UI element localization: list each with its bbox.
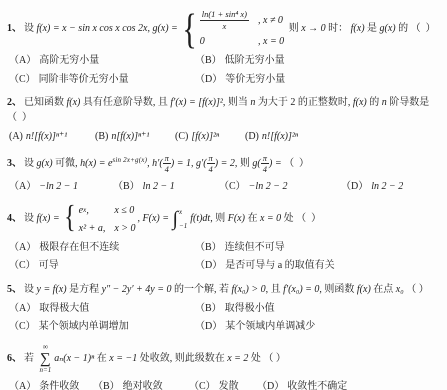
text-run: 处收敛, 则此级数在 [137, 353, 227, 364]
option-text: n![f(x)]ⁿ⁺¹ [26, 131, 67, 142]
piecewise: {ex,x ≤ 0x² + a,x > 0 [64, 203, 135, 236]
question-3: 3、设 g(x) 可微, h(x) = esin 2x+g(x), h′(π4)… [7, 153, 441, 195]
option-a: （A）取得极大值 [9, 302, 195, 317]
option-label: （C） [9, 74, 36, 85]
math-run: x → 0 [301, 23, 325, 34]
option-d: (D)n![f(x)]²ⁿ [245, 130, 441, 145]
math-run: aₙ(x − 1)ⁿ [54, 353, 94, 364]
text-run: 的 [367, 97, 382, 108]
piecewise-brace-icon: { [182, 10, 196, 48]
option-label: （D） [195, 74, 222, 85]
math-run: 0 [200, 34, 205, 49]
option-text: 高阶无穷小量 [39, 55, 99, 66]
math-run: g(x) [380, 23, 396, 34]
option-text: 低阶无穷小量 [225, 55, 285, 66]
text-run: 在点 [371, 284, 396, 295]
question-2-stem: 2、已知函数 f(x) 具有任意阶导数, 且 f′(x) = [f(x)]², … [7, 95, 441, 125]
option-c: （C）发散 [189, 380, 257, 390]
fraction-denominator: 4 [207, 164, 215, 175]
option-b: （B）ln 2 − 1 [113, 180, 219, 195]
option-d: （D）是否可导与 a 的取值有关 [195, 259, 441, 274]
question-stem-text: 设 f(x) = x − sin x cos x cos 2x, g(x) = … [24, 23, 436, 34]
piecewise-row-content: 0 [200, 34, 249, 49]
option-text: 发散 [219, 381, 239, 390]
option-text: 同阶非等价无穷小量 [39, 74, 129, 85]
text-run: 可微, [53, 158, 81, 169]
question-5: 5、设 y = f(x) 是方程 y″ − 2y′ + 4y = 0 的一个解,… [7, 282, 441, 335]
math-run: y = f(x) [37, 284, 67, 295]
text-run: 设 [24, 213, 37, 224]
option-b: (B)n[f(x)]ⁿ⁺¹ [95, 130, 175, 145]
math-run: f′(x) = [f(x)]² [170, 97, 222, 108]
option-label: (A) [9, 131, 23, 142]
math-run: ) = 1, g′( [171, 158, 207, 169]
text-run: 处 （ ） [281, 213, 321, 224]
text-run: 阶导数是 [387, 97, 430, 108]
option-label: （C） [9, 260, 36, 271]
option-text: 绝对收敛 [123, 381, 163, 390]
option-c: （C）可导 [9, 259, 195, 274]
math-run: x = 2 [227, 353, 248, 364]
option-label: （B） [93, 381, 120, 390]
math-run: x₀ [396, 284, 404, 295]
question-5-stem: 5、设 y = f(x) 是方程 y″ − 2y′ + 4y = 0 的一个解,… [7, 282, 441, 297]
option-text: 条件收敛 [39, 381, 79, 390]
question-3-stem: 3、设 g(x) 可微, h(x) = esin 2x+g(x), h′(π4)… [7, 153, 441, 175]
option-label: (B) [95, 131, 108, 142]
math-run: x² + a, [79, 221, 106, 236]
option-text: −ln 2 − 2 [249, 181, 288, 192]
question-number: 2、 [7, 97, 22, 108]
option-label: （B） [195, 242, 222, 253]
option-c: （C）某个领域内单调增加 [9, 320, 195, 335]
text-run: , 则 [210, 213, 228, 224]
fraction-numerator: ln(1 + sin⁴ x) [200, 9, 249, 21]
option-label: （A） [9, 303, 36, 314]
option-b: （B）低阶无穷小量 [195, 54, 441, 69]
option-a: （A）条件收敛 [9, 380, 93, 390]
option-label: （B） [195, 55, 222, 66]
math-run: , h′( [147, 158, 163, 169]
piecewise-rows: ex,x ≤ 0x² + a,x > 0 [79, 203, 136, 236]
text-run: 若 [24, 353, 37, 364]
question-stem-text: 已知函数 f(x) 具有任意阶导数, 且 f′(x) = [f(x)]², 则当… [7, 97, 429, 123]
math-run: f(x) [67, 97, 81, 108]
option-c: （C）同阶非等价无穷小量 [9, 73, 195, 88]
math-run: f(x) [353, 97, 367, 108]
fraction-denominator: 4 [163, 164, 171, 175]
option-b: （B）连续但不可导 [195, 241, 441, 256]
option-label: (C) [175, 131, 188, 142]
text-run: 则 [286, 23, 301, 34]
text-run: , 则 [235, 158, 253, 169]
option-text: 极限存在但不连续 [39, 242, 119, 253]
option-label: （D） [257, 381, 284, 390]
piecewise: {ln(1 + sin⁴ x)x, x ≠ 00, x = 0 [182, 9, 284, 49]
exam-page: 1、设 f(x) = x − sin x cos x cos 2x, g(x) … [0, 0, 447, 390]
question-stem-text: 设 g(x) 可微, h(x) = esin 2x+g(x), h′(π4) =… [24, 158, 309, 169]
option-text: n![f(x)]²ⁿ [262, 131, 298, 142]
option-label: （B） [195, 303, 222, 314]
math-run: f′(x₀) = 0 [283, 284, 319, 295]
option-label: （A） [9, 381, 36, 390]
text-run: 设 [24, 158, 37, 169]
fraction: π4 [207, 153, 215, 175]
question-2: 2、已知函数 f(x) 具有任意阶导数, 且 f′(x) = [f(x)]², … [7, 95, 441, 145]
math-run: , [86, 203, 89, 218]
option-label: （C） [219, 181, 246, 192]
option-text: ln 2 − 1 [143, 181, 175, 192]
text-run: 是 [365, 23, 380, 34]
math-run: f(x) = [37, 213, 63, 224]
option-text: 某个领域内单调减少 [225, 321, 315, 332]
summation-sign-icon: ∑ [40, 351, 51, 368]
math-run: ) = 2 [215, 158, 235, 169]
math-run: x = 0 [260, 213, 281, 224]
piecewise-row-condition: , x = 0 [258, 34, 284, 49]
math-run: , F(x) = [138, 213, 172, 224]
question-2-options: (A)n![f(x)]ⁿ⁺¹(B)n[f(x)]ⁿ⁺¹(C)[f(x)]²ⁿ(D… [7, 130, 441, 145]
option-text: 是否可导与 a 的取值有关 [225, 260, 334, 271]
text-run: 具有任意阶导数, 且 [80, 97, 170, 108]
option-a: （A）高阶无穷小量 [9, 54, 195, 69]
option-text: n[f(x)]ⁿ⁺¹ [111, 131, 149, 142]
option-b: （B）绝对收敛 [93, 380, 189, 390]
math-run: f(x₀) > 0 [232, 284, 266, 295]
question-4-stem: 4、设 f(x) = {ex,x ≤ 0x² + a,x > 0, F(x) =… [7, 203, 441, 236]
option-text: 某个领域内单调增加 [39, 321, 129, 332]
option-label: （A） [9, 181, 36, 192]
text-run: 设 [24, 284, 37, 295]
option-c: （C）−ln 2 − 2 [219, 180, 341, 195]
option-d: （D）收敛性不确定 [257, 380, 441, 390]
piecewise-row-content: ex, [79, 203, 106, 218]
text-run: 的 （ ） [396, 23, 436, 34]
piecewise-row-content: ln(1 + sin⁴ x)x [200, 9, 249, 31]
text-run: 时： [326, 23, 351, 34]
option-label: （D） [341, 181, 368, 192]
option-text: [f(x)]²ⁿ [191, 131, 219, 142]
math-run: f(t)dt [190, 213, 210, 224]
option-label: （B） [113, 181, 140, 192]
option-a: (A)n![f(x)]ⁿ⁺¹ [9, 130, 95, 145]
question-stem-text: 设 f(x) = {ex,x ≤ 0x² + a,x > 0, F(x) = ∫… [24, 213, 321, 224]
option-label: （D） [195, 321, 222, 332]
question-number: 5、 [7, 284, 22, 295]
question-3-options: （A）−ln 2 − 1（B）ln 2 − 1（C）−ln 2 − 2（D）ln… [7, 180, 441, 195]
text-run: 在 [245, 213, 260, 224]
fraction-numerator: π [207, 153, 215, 165]
fraction-denominator: x [220, 21, 228, 32]
question-number: 3、 [7, 158, 22, 169]
text-run: （ ） [404, 284, 429, 295]
question-4-options: （A）极限存在但不连续（B）连续但不可导（C）可导（D）是否可导与 a 的取值有… [7, 241, 441, 274]
option-label: （A） [9, 55, 36, 66]
math-run: f(x) [351, 23, 365, 34]
piecewise-rows: ln(1 + sin⁴ x)x, x ≠ 00, x = 0 [200, 9, 284, 49]
question-1-stem: 1、设 f(x) = x − sin x cos x cos 2x, g(x) … [7, 9, 441, 49]
text-run: 设 [24, 23, 37, 34]
question-6: 6、若 ∞∑n=1aₙ(x − 1)ⁿ 在 x = −1 处收敛, 则此级数在 … [7, 343, 441, 390]
text-run: 已知函数 [24, 97, 67, 108]
option-text: 取得极小值 [225, 303, 275, 314]
text-run: 为大于 2 的正整数时, [255, 97, 353, 108]
option-text: ln 2 − 2 [371, 181, 403, 192]
fraction-numerator: π [163, 153, 171, 165]
option-text: 可导 [39, 260, 59, 271]
text-run: 处 （ ） [248, 353, 286, 364]
fraction: π4 [163, 153, 171, 175]
text-run: 是方程 [67, 284, 102, 295]
question-1: 1、设 f(x) = x − sin x cos x cos 2x, g(x) … [7, 9, 441, 87]
option-c: (C)[f(x)]²ⁿ [175, 130, 245, 145]
option-label: (D) [245, 131, 259, 142]
option-text: 收敛性不确定 [287, 381, 347, 390]
math-run: g( [252, 158, 260, 169]
text-run: （ ） [284, 158, 309, 169]
question-stem-text: 若 ∞∑n=1aₙ(x − 1)ⁿ 在 x = −1 处收敛, 则此级数在 x … [24, 353, 286, 364]
question-number: 6、 [7, 353, 22, 364]
option-text: 等价无穷小量 [225, 74, 285, 85]
option-a: （A）极限存在但不连续 [9, 241, 195, 256]
question-5-options: （A）取得极大值（B）取得极小值（C）某个领域内单调增加（D）某个领域内单调减少 [7, 302, 441, 335]
summation-upper-limit: ∞ [43, 343, 48, 351]
math-run: g(x) [37, 158, 53, 169]
integral-limits: x−1 [179, 208, 187, 231]
math-run: y″ − 2y′ + 4y = 0 [102, 284, 172, 295]
text-run: , 则当 [223, 97, 251, 108]
option-label: （D） [195, 260, 222, 271]
text-run: （ ） [7, 112, 32, 123]
option-d: （D）ln 2 − 2 [341, 180, 441, 195]
fraction-numerator: π [261, 153, 269, 165]
option-label: （C） [189, 381, 216, 390]
integral-upper-limit: x [179, 209, 187, 216]
math-run: h(x) = e [80, 158, 112, 169]
summation-lower-limit: n=1 [40, 367, 52, 375]
text-run: 在 [94, 353, 109, 364]
question-4: 4、设 f(x) = {ex,x ≤ 0x² + a,x > 0, F(x) =… [7, 203, 441, 274]
question-number: 4、 [7, 213, 22, 224]
fraction: π4 [261, 153, 269, 175]
integral-sign-icon: ∫ [173, 209, 178, 229]
integral-lower-limit: −1 [179, 223, 187, 230]
text-run: 的一个解, 若 [172, 284, 232, 295]
math-run: f(x) [357, 284, 371, 295]
option-d: （D）等价无穷小量 [195, 73, 441, 88]
question-stem-text: 设 y = f(x) 是方程 y″ − 2y′ + 4y = 0 的一个解, 若… [24, 284, 429, 295]
question-6-options: （A）条件收敛（B）绝对收敛（C）发散（D）收敛性不确定 [7, 380, 441, 390]
exponent: sin 2x+g(x) [112, 156, 147, 164]
piecewise-row-condition: x > 0 [114, 221, 135, 236]
math-run: F(x) [228, 213, 245, 224]
question-number: 1、 [7, 23, 22, 34]
text-run: , 且 [266, 284, 284, 295]
math-run: ) = [269, 158, 284, 169]
math-run: x = −1 [109, 353, 137, 364]
option-label: （C） [9, 321, 36, 332]
text-run: , 则函数 [319, 284, 357, 295]
piecewise-brace-icon: { [64, 205, 76, 233]
option-b: （B）取得极小值 [195, 302, 441, 317]
summation: ∞∑n=1 [40, 343, 52, 375]
question-6-stem: 6、若 ∞∑n=1aₙ(x − 1)ⁿ 在 x = −1 处收敛, 则此级数在 … [7, 343, 441, 375]
question-1-options: （A）高阶无穷小量（B）低阶无穷小量（C）同阶非等价无穷小量（D）等价无穷小量 [7, 54, 441, 87]
piecewise-row-condition: x ≤ 0 [114, 203, 135, 218]
option-text: −ln 2 − 1 [39, 181, 78, 192]
math-run: f(x) = x − sin x cos x cos 2x, g(x) = [37, 23, 181, 34]
option-text: 连续但不可导 [225, 242, 285, 253]
option-label: （A） [9, 242, 36, 253]
piecewise-row-condition: , x ≠ 0 [258, 13, 284, 28]
fraction-denominator: 4 [261, 164, 269, 175]
option-text: 取得极大值 [39, 303, 89, 314]
option-d: （D）某个领域内单调减少 [195, 320, 441, 335]
integral: ∫x−1 [173, 208, 188, 231]
fraction: ln(1 + sin⁴ x)x [200, 9, 249, 31]
piecewise-row-content: x² + a, [79, 221, 106, 236]
option-a: （A）−ln 2 − 1 [9, 180, 113, 195]
